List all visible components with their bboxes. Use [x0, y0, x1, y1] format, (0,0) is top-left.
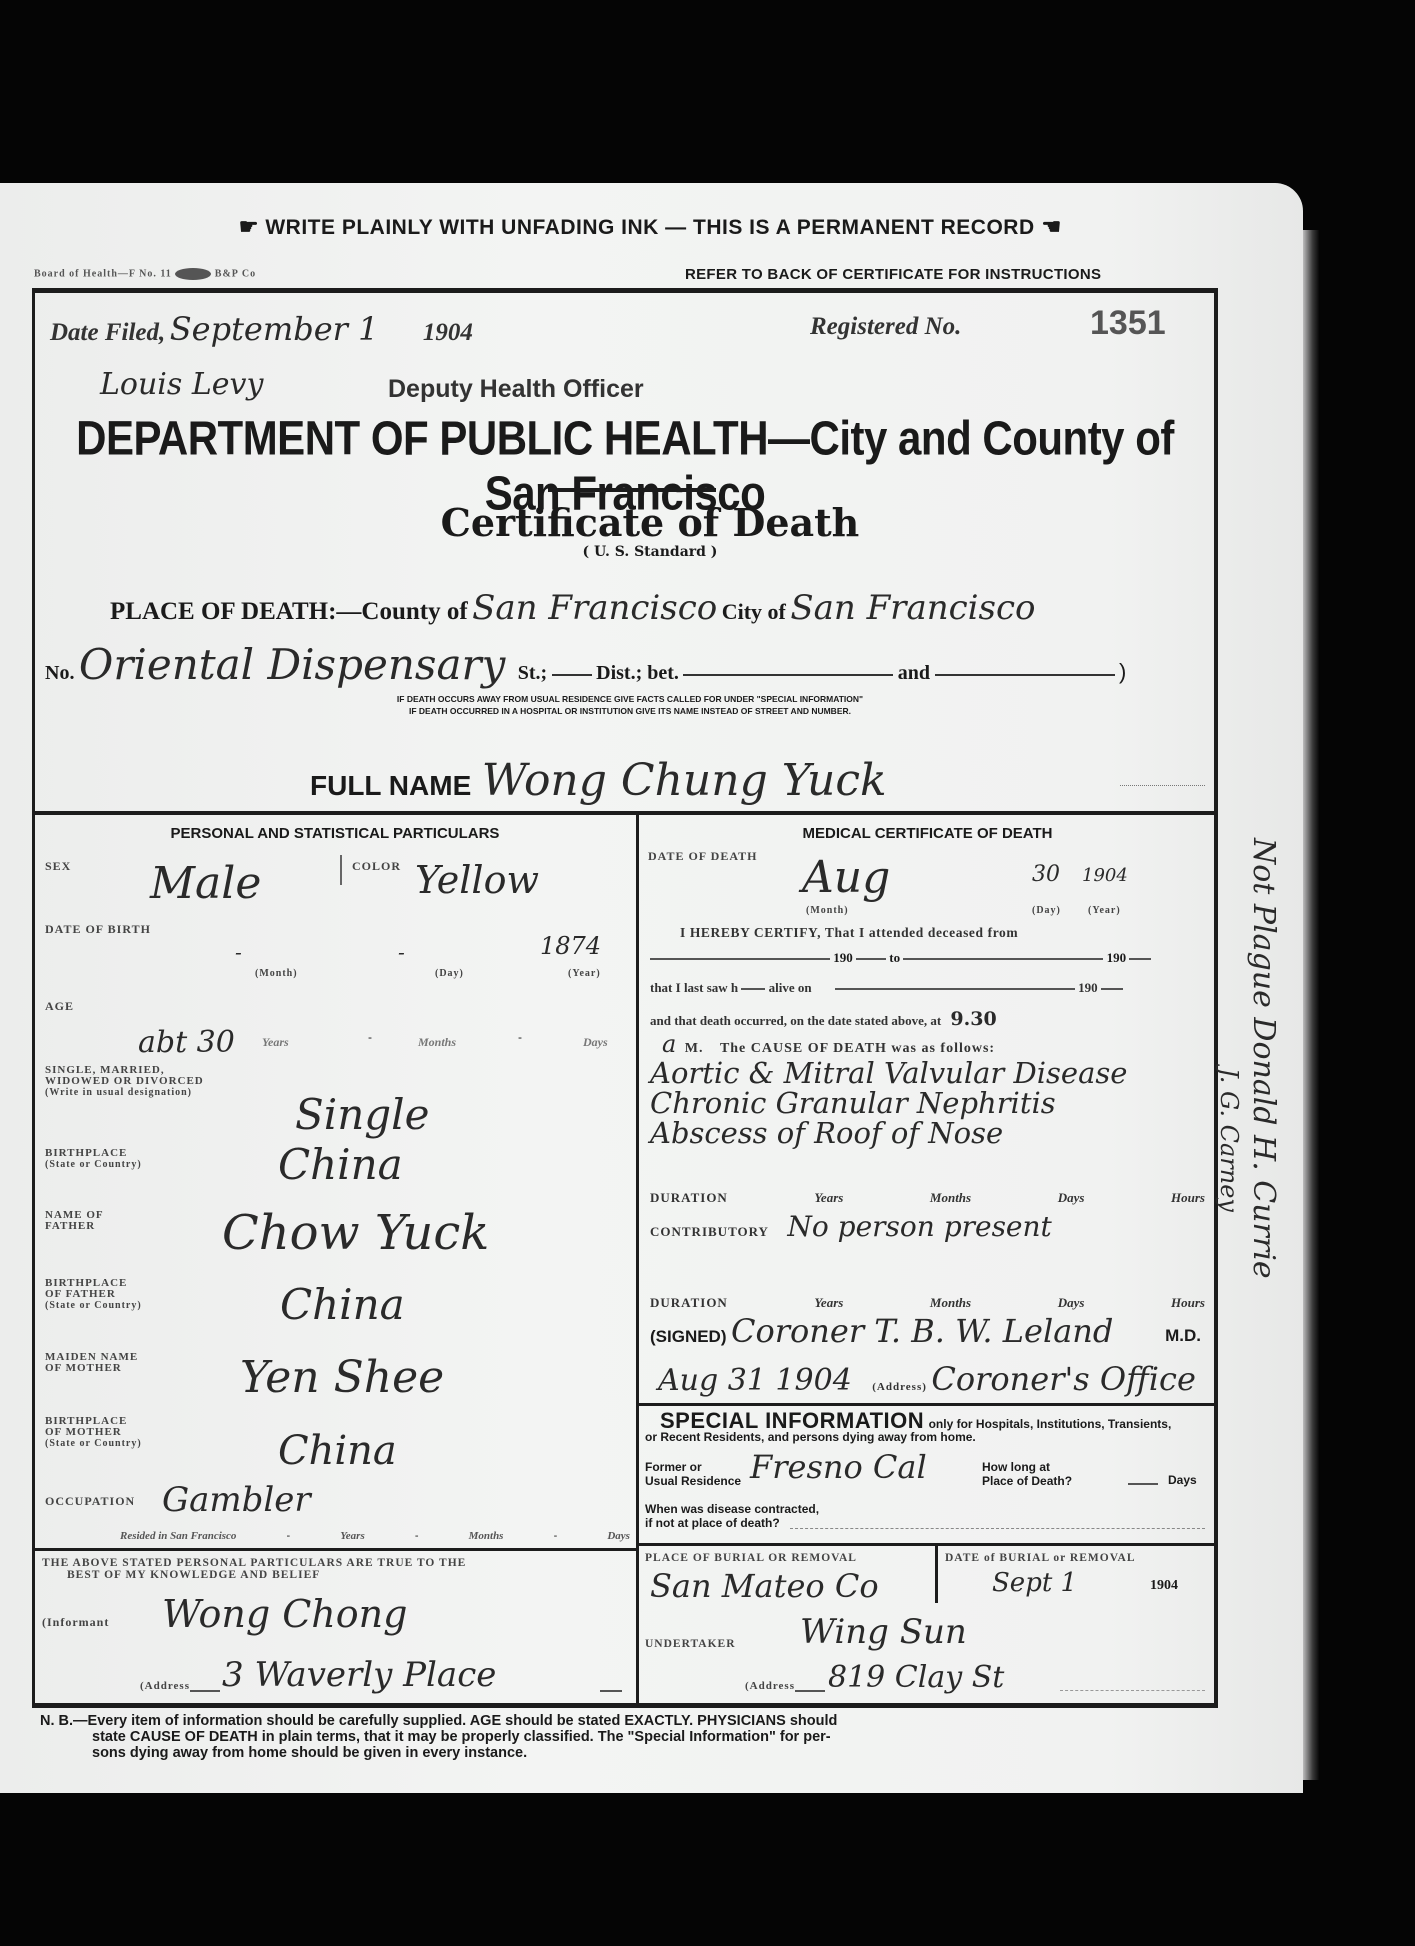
city-value: San Francisco [790, 588, 1035, 628]
attestation: THE ABOVE STATED PERSONAL PARTICULARS AR… [42, 1557, 466, 1581]
informant-address-label: (Address [140, 1680, 190, 1692]
father-birthplace-label: BIRTHPLACE OF FATHER (State or Country) [45, 1278, 142, 1311]
father-value: Chow Yuck [222, 1205, 489, 1261]
cause-item: Aortic & Mitral Valvular Disease [650, 1058, 1127, 1088]
margin-note-line-2: J. G. Carney [1212, 838, 1246, 1279]
how-long-label: How long at Place of Death? [982, 1460, 1072, 1488]
place-note: IF DEATH OCCURS AWAY FROM USUAL RESIDENC… [180, 693, 1080, 717]
informant-label: (Informant [42, 1616, 109, 1628]
time-of-death: 9.30 [950, 1008, 996, 1030]
personal-bottom-rule [32, 1548, 638, 1551]
father-birthplace-value: China [280, 1280, 405, 1329]
medical-address-value: Coroner's Office [931, 1360, 1196, 1398]
causes-list: Aortic & Mitral Valvular Disease Chronic… [650, 1058, 1127, 1148]
title-divider [548, 488, 716, 492]
full-name-value: Wong Chung Yuck [482, 755, 887, 806]
certify-text: I HEREBY CERTIFY, That I attended deceas… [680, 925, 1018, 941]
place-of-death-label: PLACE OF DEATH:—County of [110, 598, 468, 625]
mother-value: Yen Shee [240, 1352, 444, 1403]
informant-name: Wong Chong [162, 1592, 407, 1636]
dob-month: - [235, 940, 242, 964]
color-label: COLOR [352, 860, 401, 872]
signed-row: (SIGNED) Coroner T. B. W. Leland M.D. [650, 1312, 1205, 1350]
am-pm-value: a [662, 1030, 676, 1058]
certificate-title: Certificate of Death [300, 500, 1000, 545]
undertaker-address-value: 819 Clay St [828, 1660, 1004, 1695]
burial-date-value: Sept 1 [992, 1568, 1077, 1598]
former-residence-value: Fresno Cal [750, 1448, 927, 1486]
cause-intro-row: a M. The CAUSE OF DEATH was as follows: [662, 1030, 995, 1058]
mother-birthplace-label: BIRTHPLACE OF MOTHER (State or Country) [45, 1416, 142, 1449]
color-value: Yellow [415, 858, 539, 902]
dist-label: Dist.; bet. [596, 662, 679, 684]
full-name-label: FULL NAME [310, 770, 471, 801]
date-of-death-label: DATE OF DEATH [648, 850, 757, 862]
death-day: 30 [1032, 862, 1060, 887]
union-label-icon [175, 268, 211, 280]
mother-label: MAIDEN NAME OF MOTHER [45, 1352, 138, 1374]
officer-signature: Louis Levy [100, 367, 263, 402]
cause-item: Abscess of Roof of Nose [650, 1118, 1127, 1148]
burial-place-label: PLACE OF BURIAL OR REMOVAL [645, 1552, 857, 1564]
paper-edge-shadow [1303, 230, 1319, 1780]
medical-heading: MEDICAL CERTIFICATE OF DEATH [645, 825, 1210, 842]
medical-address-label: (Address) [872, 1381, 927, 1393]
officer-title: Deputy Health Officer [388, 375, 644, 404]
footer-note: N. B.—Every item of information should b… [40, 1713, 1120, 1761]
contributory-label: CONTRIBUTORY [650, 1224, 769, 1239]
dob-label: DATE OF BIRTH [45, 923, 151, 935]
informant-address-value: 3 Waverly Place [222, 1655, 496, 1695]
occupation-label: OCCUPATION [45, 1495, 135, 1507]
date-filed-value: September 1 [170, 310, 379, 348]
duration2-row: DURATION Years Months Days Hours [650, 1295, 1205, 1311]
special-top-rule [636, 1403, 1218, 1406]
father-label: NAME OF FATHER [45, 1210, 104, 1232]
place-note-line-1: IF DEATH OCCURS AWAY FROM USUAL RESIDENC… [180, 693, 1080, 705]
age-label: AGE [45, 1000, 74, 1012]
death-month: Aug [802, 852, 890, 903]
signed-label: (SIGNED) [650, 1327, 727, 1346]
date-filed-label: Date Filed, [50, 319, 165, 346]
signed-value: Coroner T. B. W. Leland [731, 1312, 1113, 1350]
personal-heading: PERSONAL AND STATISTICAL PARTICULARS [40, 825, 630, 842]
undertaker-value: Wing Sun [800, 1612, 967, 1652]
section-divider-rule [32, 811, 1218, 815]
age-value: abt 30 [138, 1025, 235, 1060]
pointing-hand-icon: ☛ [1041, 214, 1061, 240]
duration-row: DURATION Years Months Days Hours [650, 1190, 1205, 1206]
banner-text: WRITE PLAINLY WITH UNFADING INK — THIS I… [265, 216, 1034, 239]
address-row: No. Oriental Dispensary St.; Dist.; bet.… [45, 640, 1126, 689]
marital-value: Single [295, 1090, 429, 1139]
birthplace-label: BIRTHPLACE (State or Country) [45, 1148, 142, 1170]
dob-day: - [398, 940, 405, 964]
frame-bottom-rule [32, 1703, 1218, 1708]
frame-top-rule [32, 288, 1218, 293]
cause-item: Chronic Granular Nephritis [650, 1088, 1127, 1118]
margin-note-line-1: Not Plague Donald H. Currie [1246, 838, 1280, 1279]
county-value: San Francisco [472, 588, 717, 628]
and-label: and [898, 662, 930, 684]
md-label: M.D. [1165, 1326, 1201, 1346]
occurred-row: and that death occurred, on the date sta… [650, 1008, 997, 1030]
attended-row: 190 to 190 [650, 950, 1205, 966]
pointing-hand-icon: ☛ [239, 214, 259, 239]
burial-place-value: San Mateo Co [650, 1567, 879, 1605]
occupation-value: Gambler [162, 1480, 311, 1520]
last-saw-row: that I last saw h alive on 190 [650, 980, 1205, 996]
header-banner: ☛ WRITE PLAINLY WITH UNFADING INK — THIS… [100, 214, 1200, 240]
city-label: City of [722, 599, 786, 624]
cause-intro: The CAUSE OF DEATH was as follows: [720, 1041, 995, 1056]
mother-birthplace-value: China [278, 1428, 397, 1474]
resided-row: Resided in San Francisco - Years - Month… [120, 1530, 630, 1542]
marital-label: SINGLE, MARRIED, WIDOWED OR DIVORCED (Wr… [45, 1065, 204, 1098]
former-residence-label: Former or Usual Residence [645, 1460, 741, 1488]
no-value: Oriental Dispensary [79, 640, 505, 689]
column-divider-rule [636, 811, 639, 1706]
registered-label: Registered No. [810, 313, 961, 341]
instructions-ref: REFER TO BACK OF CERTIFICATE FOR INSTRUC… [685, 266, 1101, 283]
st-label: St.; [518, 662, 547, 684]
burial-divider-rule [935, 1543, 938, 1603]
place-note-line-2: IF DEATH OCCURRED IN A HOSPITAL OR INSTI… [180, 705, 1080, 717]
standard-subtitle: ( U. S. Standard ) [300, 544, 1000, 560]
burial-top-rule [636, 1543, 1218, 1546]
date-filed-year: 1904 [423, 319, 473, 346]
contributory-row: CONTRIBUTORY No person present [650, 1210, 1052, 1243]
registered-number: 1351 [1090, 304, 1166, 343]
nb-label: N. B.— [40, 1713, 88, 1729]
place-of-death-row: PLACE OF DEATH:—County of San Francisco … [110, 588, 1035, 628]
signed-date-row: Aug 31 1904 (Address) Coroner's Office [658, 1360, 1196, 1398]
contributory-value: No person present [787, 1210, 1051, 1243]
form-number: Board of Health—F No. 11 B&P Co [34, 268, 256, 280]
sex-label: SEX [45, 860, 71, 872]
undertaker-label: UNDERTAKER [645, 1638, 736, 1650]
burial-date-label: DATE of BURIAL or REMOVAL [945, 1552, 1136, 1564]
date-filed-row: Date Filed, September 1 1904 [50, 310, 473, 348]
margin-note: Not Plague Donald H. Currie J. G. Carney [1212, 838, 1280, 1279]
full-name-row: FULL NAME Wong Chung Yuck [310, 755, 887, 806]
frame-left-rule [32, 288, 35, 1708]
burial-year: 1904 [1150, 1578, 1178, 1594]
dob-year: 1874 [540, 932, 601, 960]
birthplace-value: China [278, 1140, 403, 1189]
undertaker-address-label: (Address [745, 1680, 795, 1692]
no-label: No. [45, 662, 74, 684]
signed-date-value: Aug 31 1904 [658, 1363, 852, 1398]
contracted-label: When was disease contracted, if not at p… [645, 1502, 819, 1530]
sex-value: Male [150, 858, 261, 909]
death-year: 1904 [1082, 865, 1128, 886]
